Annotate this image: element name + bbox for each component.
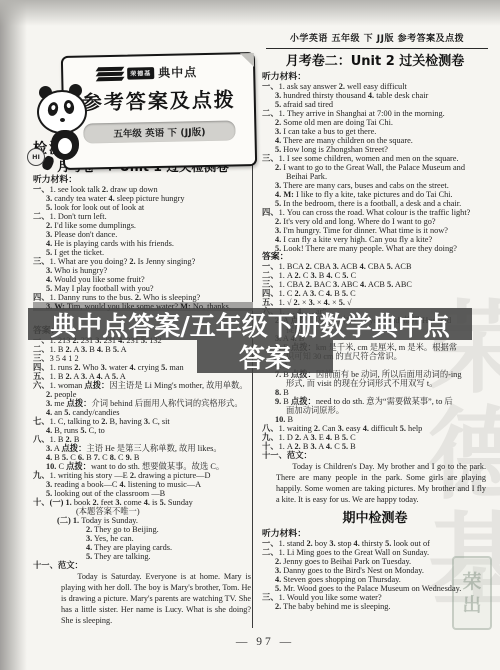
- text-line: 3. I'm hungry. Time for dinner. What tim…: [262, 226, 488, 235]
- text-line: 六、1. woman 点拨：因主语是 Li Ming's mother, 故用单…: [33, 381, 253, 390]
- text-line: 三、1. What are you doing? 2. Is Jenny sin…: [33, 257, 253, 266]
- text-line: 4. M: I like to fly a kite, take picture…: [262, 190, 488, 199]
- text-line: 二、1. Don't turn left.: [33, 212, 253, 221]
- scan-edge-shadow-left: [0, 0, 27, 670]
- text-line: 3. Danny goes to the Bird's Nest on Mond…: [262, 566, 488, 575]
- text-line: 4. He is playing cards with his friends.: [33, 239, 253, 248]
- text-line: 5. looking out of the classroom —B: [33, 489, 253, 498]
- mascot-eye-icon: [63, 99, 75, 115]
- text-line: (本题答案不唯一): [33, 507, 253, 516]
- text-line: 4. Steven goes shopping on Thursday.: [262, 575, 488, 584]
- text-line: 4. There are many children on the square…: [262, 136, 488, 145]
- mascot-head-icon: [37, 90, 87, 134]
- text-line: 三、1. CBA 2. BAC 3. ABC 4. ACB 5. ABC: [262, 280, 488, 289]
- text-line: 一、1. stand 2. boy 3. stop 4. thirsty 5. …: [262, 539, 488, 548]
- text-line: 2. I want to go to the Great Wall, the P…: [262, 163, 488, 172]
- page-number: — 97 —: [30, 636, 500, 648]
- text-line: 4. an 5. candy/candies: [33, 408, 253, 417]
- text-line: 形式, 而 visit 的现在分词形式不用双写 t。: [262, 379, 488, 388]
- text-line: 2. people: [33, 390, 253, 399]
- text-line: 一、1. ask say answer 2. well easy difficu…: [262, 82, 488, 91]
- text-line: 2. The baby behind me is sleeping.: [262, 602, 488, 611]
- left-column: 检测卷部分 月考卷一：Unit 1 过关检测卷 听力材料： 一、1. see l…: [33, 141, 253, 626]
- mascot-character: HI: [27, 84, 97, 174]
- text-line: 3. I can take a bus to get there.: [262, 127, 488, 136]
- text-line: 三、1. I see some children, women and men …: [262, 154, 488, 163]
- answers-label: 答案：: [262, 253, 488, 262]
- text-line: 5. look for look out of look at: [33, 203, 253, 212]
- text-line: 九、1. D 2. A 3. E 4. B 5. C: [262, 433, 488, 442]
- text-line: 十、1. A 2. B 3. A 4. C 5. B: [262, 442, 488, 451]
- mascot-belly-icon: [58, 138, 72, 154]
- text-line: (二) 1. Today is Sunday.: [33, 516, 253, 525]
- text-line: Beihai Park.: [262, 172, 488, 181]
- text-line: 七、1. C, talking to 2. B, having 3. C, si…: [33, 417, 253, 426]
- mascot-eye-icon: [46, 101, 59, 117]
- text-line: 二、1. A 2. C 3. B 4. C 5. C: [262, 271, 488, 280]
- listening-lines: 一、1. stand 2. boy 3. stop 4. thirsty 5. …: [262, 539, 488, 611]
- text-line: 一、1. see look talk 2. draw up down: [33, 185, 253, 194]
- watermark-overlay-line1: 典中点答案/五年级下册数学典中点: [28, 308, 472, 340]
- text-line: 四、1. You can cross the road. What colour…: [262, 208, 488, 217]
- mascot-nose-icon: [60, 118, 65, 122]
- text-line: 2. Some old men are doing Tai Chi.: [262, 118, 488, 127]
- text-line: 5. Mr. Wood goes to the Palace Museum on…: [262, 584, 488, 593]
- text-line: 十、(一) 1. book 2. feet 3. come 4. is 5. S…: [33, 498, 253, 507]
- text-line: 二、1. Li Ming goes to the Great Wall on S…: [262, 548, 488, 557]
- listening-lines: 一、1. ask say answer 2. well easy difficu…: [262, 82, 488, 253]
- text-line: 3. Yes, he can.: [33, 534, 253, 543]
- brand-name: 典中点: [158, 63, 197, 81]
- listening-label: 听力材料：: [262, 73, 488, 82]
- brand-row: 荣德基 典中点: [97, 62, 245, 82]
- scan-edge-shadow-top: [0, 0, 500, 26]
- listening-label: 听力材料：: [33, 176, 253, 185]
- text-line: 二、1. They arrive in Shanghai at 7:00 in …: [262, 109, 488, 118]
- listening-label: 听力材料：: [262, 530, 488, 539]
- brand-name-small: 荣德基: [127, 67, 154, 80]
- text-line: 3. me 点拨：介词 behind 后面用人称代词的宾格形式。: [33, 399, 253, 408]
- text-line: 5. In the bedroom, there is a football, …: [262, 199, 488, 208]
- page-header: 小学英语 五年级 下 JJ版 参考答案及点拨: [266, 31, 488, 49]
- text-line: 3. hundred thirsty thousand 4. table des…: [262, 91, 488, 100]
- mascot-body-icon: [51, 130, 79, 160]
- listening-lines: 一、1. see look talk 2. draw up down3. can…: [33, 185, 253, 302]
- text-line: 3. There are many cars, buses and cabs o…: [262, 181, 488, 190]
- text-line: 十一、范文：: [33, 561, 253, 570]
- text-line: 十一、范文：: [262, 451, 488, 460]
- text-line: 四、1. Danny runs to the bus. 2. Who is sl…: [33, 293, 253, 302]
- brand-stripes-icon: [97, 66, 123, 80]
- text-line: 4. They are playing cards.: [33, 543, 253, 552]
- text-line: 2. They go to Beijing.: [33, 525, 253, 534]
- text-line: 四、1. C 2. A 3. C 4. B 5. C: [262, 289, 488, 298]
- text-line: 3. Who is hungry?: [33, 266, 253, 275]
- text-line: 九、1. writing his story —E 2. drawing a p…: [33, 471, 253, 480]
- text-line: 2. I'd like some dumplings.: [33, 221, 253, 230]
- model-essay: Today is Saturday. Everyone is at home. …: [33, 571, 253, 626]
- text-line: 4. I can fly a kite very high. Can you f…: [262, 235, 488, 244]
- text-line: 面加动词原形。: [262, 406, 488, 415]
- text-line: 8. B: [262, 388, 488, 397]
- watermark-overlay-line2: 答案: [197, 340, 333, 373]
- text-line: 八、1. B 2. B: [33, 435, 253, 444]
- text-line: 2. Jenny goes to Beihai Park on Tuesday.: [262, 557, 488, 566]
- page-curl-icon: [240, 53, 254, 67]
- text-line: 4. B, runs 5. C, to: [33, 426, 253, 435]
- text-line: 5. They are talking.: [33, 552, 253, 561]
- exam-title-unit2: 月考卷二：Unit 2 过关检测卷: [262, 54, 488, 70]
- text-line: 八、1. waiting 2. Can 3. easy 4. difficult…: [262, 424, 488, 433]
- text-line: 4. Would you like some fruit?: [33, 275, 253, 284]
- text-line: 5. afraid sad tired: [262, 100, 488, 109]
- text-line: 5. May I play football with you?: [33, 284, 253, 293]
- text-line: 3. A 点拨：主语 He 是第三人称单数, 故用 likes。: [33, 444, 253, 453]
- text-line: 五、1. B 2. A 3. A 4. A 5. A: [33, 372, 253, 381]
- text-line: 3. Please don't dance.: [33, 230, 253, 239]
- midterm-title: 期中检测卷: [262, 511, 488, 527]
- text-line: 3. reading a book—C 4. listening to musi…: [33, 480, 253, 489]
- text-line: 4. B 5. C 6. B 7. C 8. C 9. B: [33, 453, 253, 462]
- text-line: 三、1. Would you like some water?: [262, 593, 488, 602]
- text-line: 5. I get the ticket.: [33, 248, 253, 257]
- model-essay: Today is Children's Day. My brother and …: [262, 461, 488, 505]
- logo-subtitle: 五年级 英语 下 (JJ版): [83, 120, 235, 143]
- text-line: 一、1. BCA 2. CBA 3. ACB 4. CBA 5. ACB: [262, 262, 488, 271]
- text-line: 5. Look! There are many people. What are…: [262, 244, 488, 253]
- text-line: 2. It's very old and long. Where do I wa…: [262, 217, 488, 226]
- text-line: 9. B 点拨：need to do sth. 意为“需要做某事”, to 后: [262, 397, 488, 406]
- text-line: 5. How long is Zhongshan Street?: [262, 145, 488, 154]
- text-line: 3. candy tea water 4. sleep picture hung…: [33, 194, 253, 203]
- text-line: 10. C 点拨：want to do sth. 想要做某事。故选 C。: [33, 462, 253, 471]
- text-line: 10. B: [262, 415, 488, 424]
- hi-badge: HI: [27, 148, 45, 166]
